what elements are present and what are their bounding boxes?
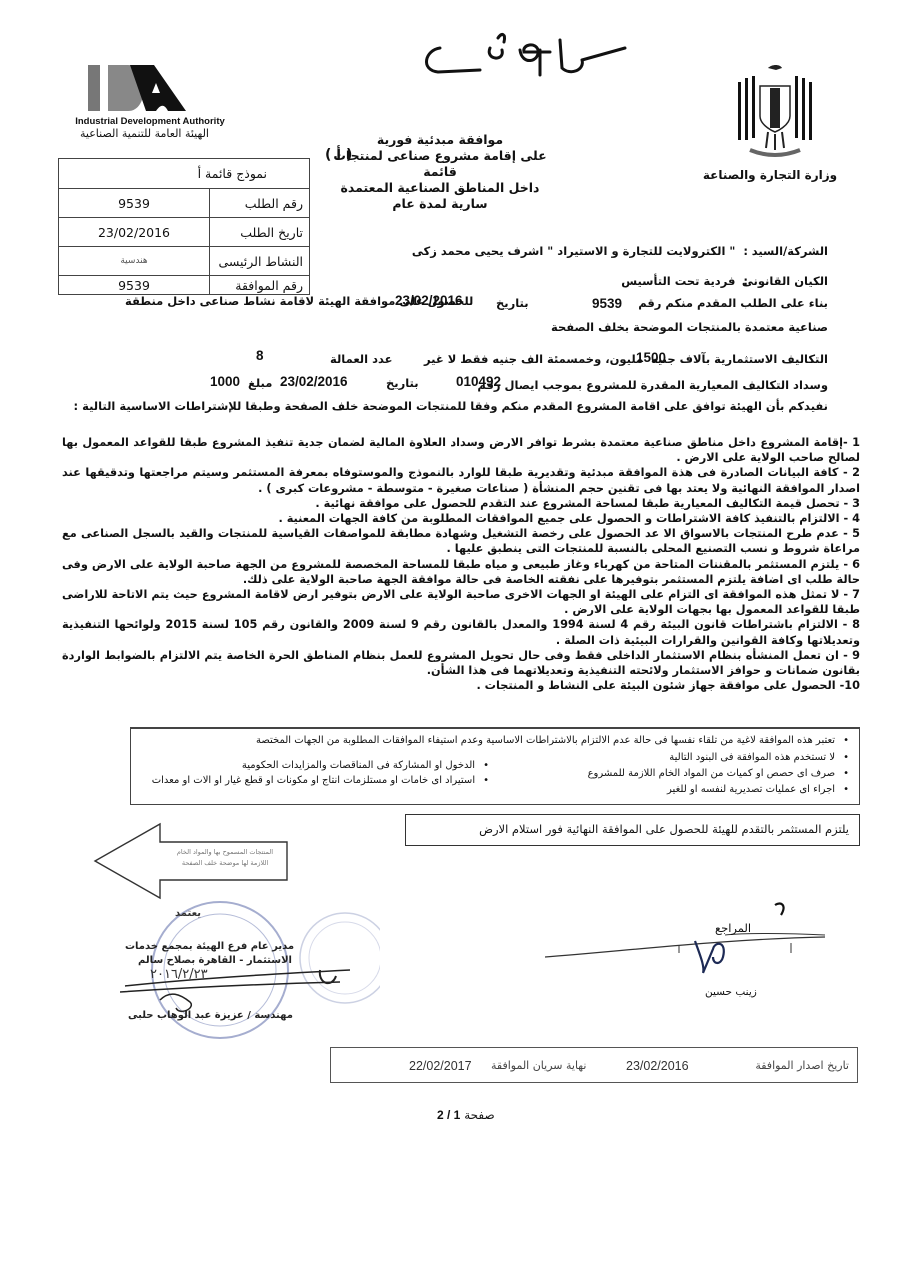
receipt-date: 23/02/2016	[280, 374, 348, 389]
arrow-note: المنتجات المسموح بها والمواد الخام اللاز…	[160, 847, 290, 869]
reviewer-name: زينب حسين	[705, 986, 757, 998]
issue-date-label: تاريخ اصدار الموافقة	[755, 1059, 849, 1072]
note-item: الدخول او المشاركة فى المناقصات والمزايد…	[242, 760, 489, 771]
main-activity-value: هندسية	[59, 247, 210, 276]
authority-name-en: Industrial Development Authority	[65, 116, 235, 127]
obligation-note: يلتزم المستثمر بالتقدم للهيئة للحصول على…	[405, 814, 860, 846]
approval-dates-box: تاريخ اصدار الموافقة 23/02/2016 نهاية سر…	[330, 1047, 858, 1083]
issue-date: 23/02/2016	[626, 1059, 689, 1073]
request-date-label-inline: بتاريخ	[496, 296, 529, 310]
condition-item: 6 - يلتزم المستثمر بالمقننات المتاحة من …	[62, 557, 860, 587]
condition-item: 3 - تحصل قيمة التكاليف المعيارية طبقا لم…	[62, 496, 860, 511]
condition-item: 9 - ان تعمل المنشأه بنظام الاستثمار الدا…	[62, 648, 860, 678]
request-number: 9539	[592, 296, 622, 311]
reviewer-label: المراجع	[715, 921, 751, 935]
stamp-line-2: الاستثمار - القاهرة بصلاح سالم	[138, 955, 292, 966]
egypt-eagle-emblem-icon	[730, 62, 820, 172]
main-activity-label: النشاط الرئيسى	[210, 247, 310, 276]
legal-entity-text: فردية تحت التأسيس	[621, 274, 735, 288]
approval-sentence: نفيدكم بأن الهيئة توافق على اقامة المشرو…	[188, 399, 828, 413]
signatory-name: مهندسة / عزيزة عبد الوهاب حلبى	[128, 1010, 293, 1021]
conditions-list: 1 -إقامة المشروع داخل مناطق صناعية معتمد…	[62, 435, 860, 693]
request-date-value: 23/02/2016	[59, 218, 210, 247]
condition-item: 7 - لا تمثل هذه الموافقة اى التزام على ا…	[62, 587, 860, 617]
receipt-date-label: بتاريخ	[386, 376, 419, 390]
note-item: اجراء اى عمليات تصديرية لنفسه او للغير	[667, 784, 849, 795]
request-suffix: للحصول على موافقة الهيئة لاقامة نشاط صنا…	[125, 294, 473, 308]
title-line-4: سارية لمدة عام	[320, 196, 560, 212]
amount-label: مبلغ	[248, 376, 272, 390]
authority-name-ar: الهيئة العامة للتنمية الصناعية	[62, 127, 227, 140]
note-item: تعتبر هذه الموافقة لاغية من تلقاء نفسها …	[256, 735, 849, 746]
title-line-3: داخل المناطق الصناعية المعتمدة	[320, 180, 560, 196]
title-line-2: على إقامة مشروع صناعى لمنتجات قائمة	[320, 148, 560, 180]
request-line-2: صناعية معتمدة بالمنتجات الموضحة بخلف الص…	[551, 320, 828, 334]
ministry-name: وزارة التجارة والصناعة	[700, 168, 840, 182]
condition-item: 2 - كافة البيانات الصادرة فى هذة الموافق…	[62, 465, 860, 495]
request-number-label: رقم الطلب	[210, 189, 310, 218]
title-line-1: موافقة مبدئية فورية	[320, 132, 560, 148]
table-row: هندسية النشاط الرئيسى	[59, 247, 310, 276]
investment-cost-words: مليون، وخمسمئة الف جنيه فقط لا غير	[424, 352, 643, 366]
expiry-date: 22/02/2017	[409, 1059, 472, 1073]
arrow-note-line-1: المنتجات المسموح بها والمواد الخام	[160, 847, 290, 858]
company-name: " الكترولايت للتجارة و الاستيراد " اشرف …	[412, 244, 736, 258]
condition-item: 1 -إقامة المشروع داخل مناطق صناعية معتمد…	[62, 435, 860, 465]
table-row: 9539 رقم الموافقة	[59, 276, 310, 295]
application-info-table: نموذج قائمة أ 9539 رقم الطلب 23/02/2016 …	[58, 158, 310, 295]
receipt-prefix: وسداد التكاليف المعيارية المقدرة للمشروع…	[477, 378, 828, 392]
approval-number-label: رقم الموافقة	[210, 276, 310, 295]
condition-item: 8 - الالتزام باشتراطات قانون البيئة رقم …	[62, 617, 860, 647]
stamp-header: يعتمد	[175, 908, 201, 919]
notes-box: تعتبر هذه الموافقة لاغية من تلقاء نفسها …	[130, 727, 860, 805]
receipt-number: 010492	[456, 374, 501, 389]
request-date-label: تاريخ الطلب	[210, 218, 310, 247]
workers-value: 8	[256, 348, 264, 363]
approval-number-value: 9539	[59, 276, 210, 295]
table-row: 23/02/2016 تاريخ الطلب	[59, 218, 310, 247]
page-label: صفحة	[464, 1108, 494, 1122]
company-label: الشركة/السيد	[752, 244, 828, 258]
condition-item: 5 - عدم طرح المنتجات بالاسواق الا عد الح…	[62, 526, 860, 556]
document-title: موافقة مبدئية فورية على إقامة مشروع صناع…	[320, 132, 560, 212]
reviewer-signature	[545, 895, 825, 1005]
investment-cost-label: التكاليف الاستثمارية بآلاف جنيه	[651, 352, 828, 366]
arrow-note-line-2: اللازمة لها موضحة خلف الصفحة	[160, 858, 290, 869]
amount-value: 1000	[210, 374, 240, 389]
form-label: نموذج قائمة أ	[59, 159, 310, 189]
request-number-value: 9539	[59, 189, 210, 218]
stamp-handwritten-date: ٢٠١٦/٢/٢٣	[150, 967, 208, 982]
note-item: لا تستخدم هذه الموافقة فى البنود التالية	[669, 752, 849, 763]
legal-entity-label: الكيان القانونى	[742, 274, 828, 288]
stamp-line-1: مدير عام فرع الهيئة بمجمع خدمات	[125, 941, 294, 952]
condition-item: 4 - الالتزام بالتنفيذ كافة الاشتراطات و …	[62, 511, 860, 526]
form-code: ( أ )	[325, 147, 352, 163]
legal-entity-value: : فردية تحت التأسيس	[621, 274, 748, 288]
request-prefix: بناء على الطلب المقدم منكم رقم	[638, 296, 828, 310]
page-number: صفحة 2 / 1	[437, 1108, 495, 1122]
condition-item: 10- الحصول على موافقة جهاز شئون البيئة ع…	[62, 678, 860, 693]
page-value: 2 / 1	[437, 1108, 460, 1122]
company-value: : " الكترولايت للتجارة و الاستيراد " اشر…	[412, 244, 748, 258]
ida-logo	[88, 63, 188, 115]
expiry-date-label: نهاية سريان الموافقة	[491, 1059, 586, 1072]
handwritten-annotation	[410, 20, 640, 80]
table-row: 9539 رقم الطلب	[59, 189, 310, 218]
note-item: صرف اى حصص او كميات من المواد الخام اللا…	[588, 768, 849, 779]
workers-label: عدد العمالة	[330, 352, 392, 366]
note-item: استيراد اى خامات او مستلزمات انتاج او مك…	[152, 775, 489, 786]
